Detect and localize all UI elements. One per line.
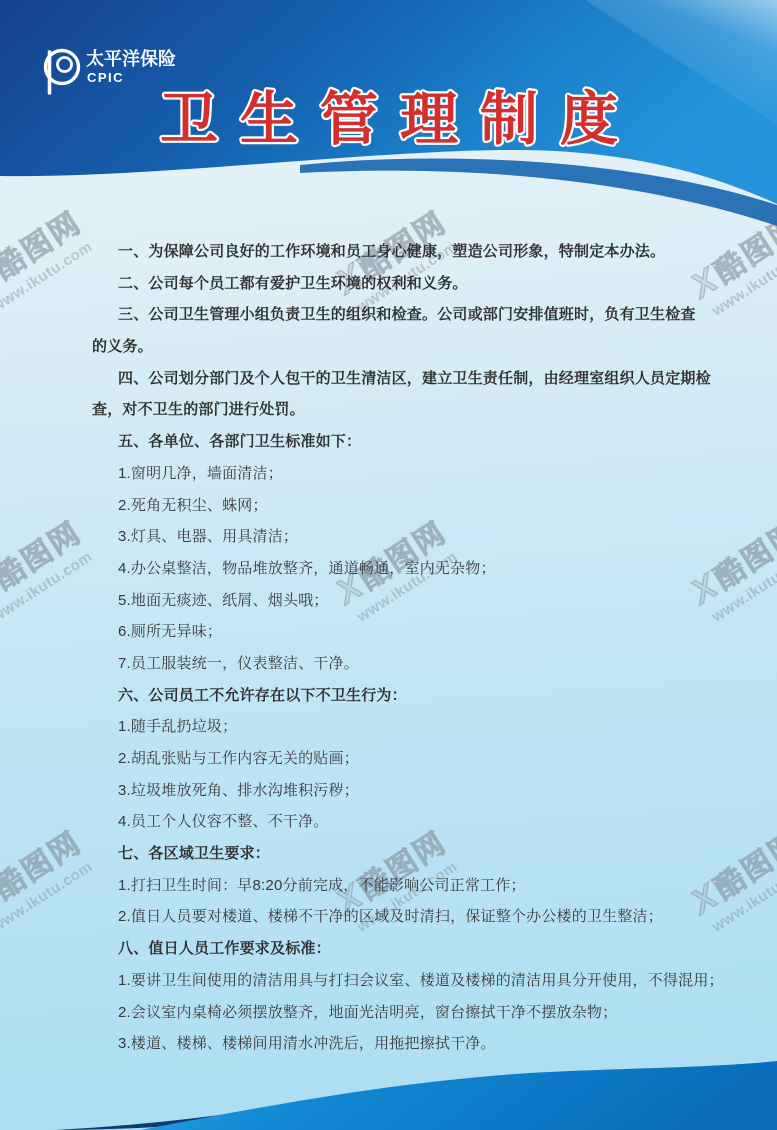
brand-abbr: CPIC xyxy=(87,70,124,85)
text-line: 的义务。 xyxy=(92,331,712,363)
watermark-mark-icon: X xyxy=(0,256,6,301)
text-line: 2.会议室内桌椅必须摆放整齐，地面光洁明亮，窗台擦拭干净不摆放杂物； xyxy=(92,997,712,1029)
text-line: 4.员工个人仪容不整、不干净。 xyxy=(92,806,712,838)
text-line: 五、各单位、各部门卫生标准如下： xyxy=(92,426,712,458)
text-line: 3.垃圾堆放死角、排水沟堆积污秽； xyxy=(92,775,712,807)
text-line: 查，对不卫生的部门进行处罚。 xyxy=(92,394,712,426)
text-line: 7.员工服装统一，仪表整洁、干净。 xyxy=(92,648,712,680)
text-line: 5.地面无痰迹、纸屑、烟头哦； xyxy=(92,585,712,617)
rules-text-block: 一、为保障公司良好的工作环境和员工身心健康，塑造公司形象，特制定本办法。二、公司… xyxy=(92,236,712,1060)
text-line: 2.死角无积尘、蛛网； xyxy=(92,490,712,522)
text-line: 三、公司卫生管理小组负责卫生的组织和检查。公司或部门安排值班时，负有卫生检查 xyxy=(92,299,712,331)
poster-page: X酷图网www.ikutu.comX酷图网www.ikutu.comX酷图网ww… xyxy=(0,0,777,1130)
text-line: 1.打扫卫生时间：早8:20分前完成，不能影响公司正常工作； xyxy=(92,870,712,902)
text-line: 1.要讲卫生间使用的清洁用具与打扫会议室、楼道及楼梯的清洁用具分开使用，不得混用… xyxy=(92,965,712,997)
footer-wave-svg xyxy=(0,1055,777,1130)
text-line: 六、公司员工不允许存在以下不卫生行为： xyxy=(92,680,712,712)
text-line: 二、公司每个员工都有爱护卫生环境的权利和义务。 xyxy=(92,268,712,300)
footer-main-wave xyxy=(140,1061,777,1130)
text-line: 1.窗明几净，墙面清洁； xyxy=(92,458,712,490)
header-banner: 太平洋保险 CPIC 卫生管理制度 xyxy=(0,0,777,235)
text-line: 四、公司划分部门及个人包干的卫生清洁区，建立卫生责任制，由经理室组织人员定期检 xyxy=(92,363,712,395)
text-line: 6.厕所无异味； xyxy=(92,616,712,648)
text-line: 4.办公桌整洁，物品堆放整齐，通道畅通，室内无杂物； xyxy=(92,553,712,585)
text-line: 八、值日人员工作要求及标准： xyxy=(92,933,712,965)
text-line: 2.值日人员要对楼道、楼梯不干净的区域及时清扫，保证整个办公楼的卫生整洁； xyxy=(92,901,712,933)
page-title: 卫生管理制度 xyxy=(160,87,640,152)
brand-name: 太平洋保险 xyxy=(86,48,176,69)
watermark-mark-icon: X xyxy=(0,566,6,611)
text-line: 1.随手乱扔垃圾； xyxy=(92,711,712,743)
text-line: 3.灯具、电器、用具清洁； xyxy=(92,521,712,553)
text-line: 2.胡乱张贴与工作内容无关的贴画； xyxy=(92,743,712,775)
watermark-mark-icon: X xyxy=(0,876,6,921)
text-line: 一、为保障公司良好的工作环境和员工身心健康，塑造公司形象，特制定本办法。 xyxy=(92,236,712,268)
text-line: 七、各区域卫生要求： xyxy=(92,838,712,870)
